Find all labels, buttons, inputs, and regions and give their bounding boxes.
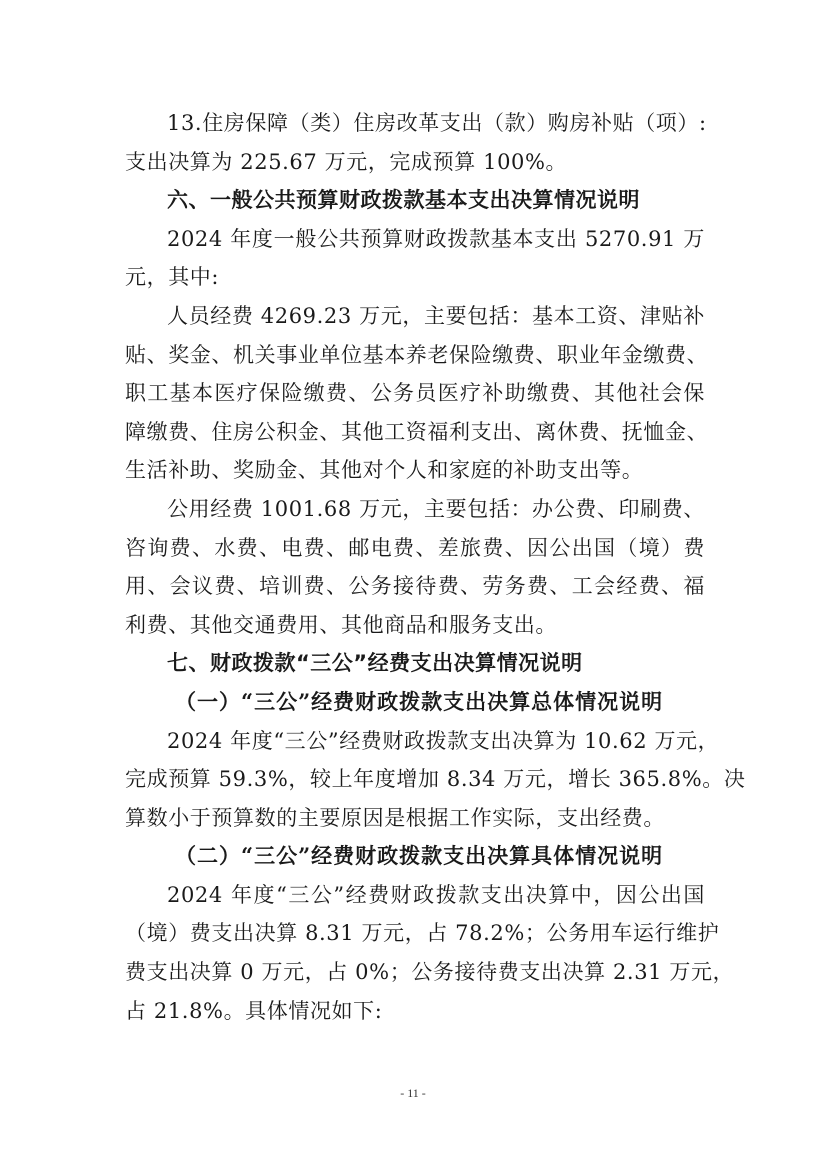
paragraph-line: 用、会议费、培训费、公务接待费、劳务费、工会经费、福 bbox=[125, 567, 705, 606]
paragraph-line: 完成预算 59.3%，较上年度增加 8.34 万元，增长 365.8%。决 bbox=[125, 760, 705, 799]
paragraph-line: （境）费支出决算 8.31 万元，占 78.2%；公务用车运行维护 bbox=[125, 914, 705, 953]
paragraph-line: 2024 年度一般公共预算财政拨款基本支出 5270.91 万 bbox=[125, 220, 705, 259]
paragraph-line: 算数小于预算数的主要原因是根据工作实际，支出经费。 bbox=[125, 799, 705, 838]
section-heading-6: 六、一般公共预算财政拨款基本支出决算情况说明 bbox=[125, 181, 705, 220]
paragraph-line: 元，其中: bbox=[125, 258, 705, 297]
paragraph-line: 2024 年度“三公”经费财政拨款支出决算为 10.62 万元， bbox=[125, 722, 705, 761]
paragraph-line: 贴、奖金、机关事业单位基本养老保险缴费、职业年金缴费、 bbox=[125, 336, 705, 375]
paragraph-line: 利费、其他交通费用、其他商品和服务支出。 bbox=[125, 606, 705, 645]
paragraph-line: 生活补助、奖励金、其他对个人和家庭的补助支出等。 bbox=[125, 451, 705, 490]
paragraph-line: 职工基本医疗保险缴费、公务员医疗补助缴费、其他社会保 bbox=[125, 374, 705, 413]
paragraph-line: 支出决算为 225.67 万元，完成预算 100%。 bbox=[125, 143, 705, 182]
subsection-heading-1: （一）“三公”经费财政拨款支出决算总体情况说明 bbox=[125, 683, 705, 722]
section-heading-7: 七、财政拨款“三公”经费支出决算情况说明 bbox=[125, 644, 705, 683]
paragraph-line-personnel: 人员经费 4269.23 万元，主要包括：基本工资、津贴补 bbox=[125, 297, 705, 336]
paragraph-line: 占 21.8%。具体情况如下: bbox=[125, 992, 705, 1031]
paragraph-line: 2024 年度“三公”经费财政拨款支出决算中，因公出国 bbox=[125, 876, 705, 915]
paragraph-line-public: 公用经费 1001.68 万元，主要包括：办公费、印刷费、 bbox=[125, 490, 705, 529]
page-number: - 11 - bbox=[0, 1086, 826, 1101]
document-page: 13.住房保障（类）住房改革支出（款）购房补贴（项）: 支出决算为 225.67… bbox=[125, 104, 705, 1030]
paragraph-line: 咨询费、水费、电费、邮电费、差旅费、因公出国（境）费 bbox=[125, 529, 705, 568]
paragraph-line: 费支出决算 0 万元，占 0%；公务接待费支出决算 2.31 万元， bbox=[125, 953, 705, 992]
paragraph-line: 障缴费、住房公积金、其他工资福利支出、离休费、抚恤金、 bbox=[125, 413, 705, 452]
paragraph-line-item13: 13.住房保障（类）住房改革支出（款）购房补贴（项）: bbox=[125, 104, 705, 143]
subsection-heading-2: （二）“三公”经费财政拨款支出决算具体情况说明 bbox=[125, 837, 705, 876]
